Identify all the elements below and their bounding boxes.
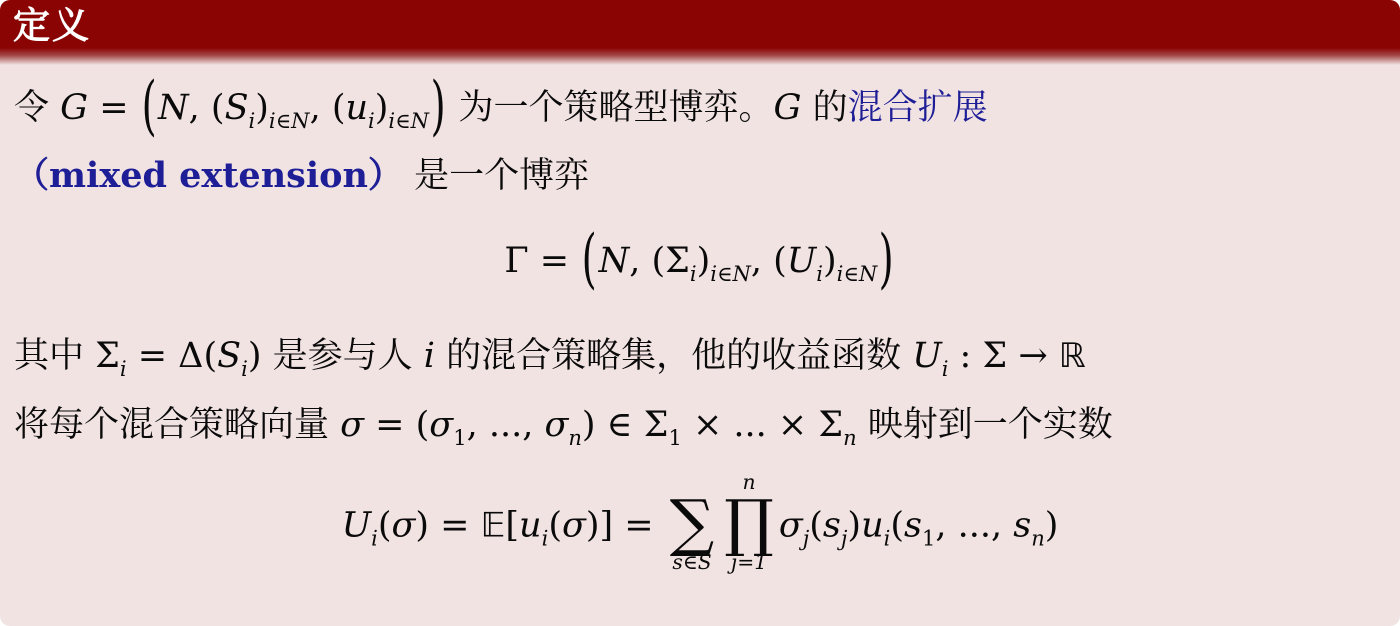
math-token: , (	[189, 88, 225, 128]
text-run: 将每个混合策略向量	[14, 405, 340, 445]
math-token: )	[847, 505, 861, 545]
subscript: i∈N	[837, 262, 878, 286]
math-token: = Δ(	[127, 336, 218, 376]
math-token: σ	[340, 405, 364, 445]
text-run: 映射到一个实数	[857, 405, 1113, 445]
definition-header: 定义	[0, 0, 1400, 48]
big-paren-open: (	[139, 75, 158, 139]
math-token: i	[424, 336, 435, 376]
math-token: : Σ →	[948, 336, 1058, 376]
math-token: σ	[779, 505, 803, 545]
math-token: )	[255, 88, 269, 128]
subscript: i	[690, 262, 697, 286]
highlight-mixed-extension-cn: 混合扩展	[848, 88, 988, 128]
subscript: 1	[922, 526, 935, 550]
math-token: u	[861, 505, 884, 545]
math-token: ) =	[415, 505, 480, 545]
math-token: S	[217, 336, 241, 376]
math-token: (	[548, 505, 562, 545]
prod-lower-limit: j=1	[731, 551, 767, 574]
math-token: , ...,	[935, 505, 1013, 545]
paragraph-body-line2: 将每个混合策略向量 σ = (σ1, ..., σn) ∈ Σ1 × ... ×…	[14, 408, 1386, 449]
math-token: G	[774, 88, 802, 128]
text-run: 其中	[14, 336, 95, 376]
math-token: U	[342, 505, 372, 545]
text-run: 的	[801, 88, 847, 128]
big-paren-open: (	[580, 228, 599, 292]
math-token: U	[912, 336, 942, 376]
math-token: =	[529, 241, 581, 281]
math-token: =	[88, 88, 140, 128]
text-run: 令	[14, 88, 60, 128]
math-token: σ	[429, 405, 453, 445]
subscript: i	[241, 357, 248, 381]
subscript: i	[368, 109, 375, 133]
math-token: (	[809, 505, 823, 545]
formula-expected-utility: Ui(σ) = 𝔼[ui(σ)] = ∑s∈Sn∏j=1σj(sj)ui(s1,…	[14, 475, 1386, 579]
math-token: , ...,	[467, 405, 545, 445]
definition-title: 定义	[13, 5, 91, 44]
math-token: σ	[391, 505, 415, 545]
math-token: N	[599, 241, 630, 281]
gamma-symbol: Γ	[504, 241, 528, 281]
paragraph-body-line1: 其中 Σi = Δ(Si) 是参与人 i 的混合策略集，他的收益函数 Ui : …	[14, 339, 1386, 380]
text-run: 为一个策略型博弈。	[447, 88, 773, 128]
math-token: u	[519, 505, 542, 545]
math-token: )	[823, 241, 837, 281]
math-token: [	[505, 505, 519, 545]
math-token: )	[697, 241, 711, 281]
subscript: i	[816, 262, 823, 286]
math-token: )	[1045, 505, 1059, 545]
subscript: i	[120, 357, 127, 381]
math-token: = (	[364, 405, 429, 445]
math-token: , (	[751, 241, 787, 281]
double-struck-E: 𝔼	[481, 505, 506, 545]
math-token: )	[375, 88, 389, 128]
math-token: s	[1013, 505, 1031, 545]
math-token: , (	[310, 88, 346, 128]
subscript: i∈N	[388, 109, 429, 133]
math-token: S	[225, 88, 249, 128]
math-token: )] =	[586, 505, 665, 545]
highlight-mixed-extension-en: （mixed extension）	[14, 155, 403, 196]
paragraph-intro-line2: （mixed extension） 是一个博弈	[14, 158, 1386, 194]
subscript: n	[568, 426, 582, 450]
math-token: σ	[562, 505, 586, 545]
math-token: σ	[544, 405, 568, 445]
double-struck-R: ℝ	[1059, 336, 1086, 376]
sigma-symbol: Σ	[665, 241, 690, 281]
definition-block: 定义 令 G = (N, (Si)i∈N, (ui)i∈N) 为一个策略型博弈。…	[0, 0, 1400, 626]
subscript: i	[371, 526, 378, 550]
math-token: (	[378, 505, 392, 545]
subscript: i∈N	[269, 109, 310, 133]
sum-lower-limit: s∈S	[672, 551, 711, 574]
prod-operator-block: n∏j=1	[724, 471, 774, 575]
math-token: N	[158, 88, 189, 128]
math-token: U	[787, 241, 817, 281]
math-token: s	[904, 505, 922, 545]
formula-gamma: Γ = (N, (Σi)i∈N, (Ui)i∈N)	[14, 244, 1386, 285]
math-token: × ... × Σ	[682, 405, 843, 445]
header-gradient	[0, 48, 1400, 65]
sum-operator: ∑	[670, 494, 714, 551]
subscript: 1	[668, 426, 681, 450]
big-paren-close: )	[877, 228, 896, 292]
math-token: G	[60, 88, 88, 128]
subscript: 1	[453, 426, 466, 450]
prod-operator: ∏	[724, 494, 774, 551]
subscript: i∈N	[710, 262, 751, 286]
subscript: n	[1031, 526, 1045, 550]
definition-body: 令 G = (N, (Si)i∈N, (ui)i∈N) 为一个策略型博弈。G 的…	[0, 91, 1400, 579]
math-token: s	[823, 505, 841, 545]
text-run: 是一个博弈	[403, 156, 589, 196]
sum-operator-block: ∑s∈S	[670, 471, 714, 575]
subscript: n	[843, 426, 857, 450]
math-token: (	[890, 505, 904, 545]
math-token: ) ∈ Σ	[582, 405, 669, 445]
big-paren-close: )	[429, 75, 448, 139]
math-token: , (	[629, 241, 665, 281]
paragraph-intro-line1: 令 G = (N, (Si)i∈N, (ui)i∈N) 为一个策略型博弈。G 的…	[14, 91, 1386, 132]
text-run: ) 是参与人	[248, 336, 424, 376]
math-token: u	[345, 88, 368, 128]
text-run: 的混合策略集，他的收益函数	[435, 336, 912, 376]
sigma-symbol: Σ	[95, 336, 120, 376]
